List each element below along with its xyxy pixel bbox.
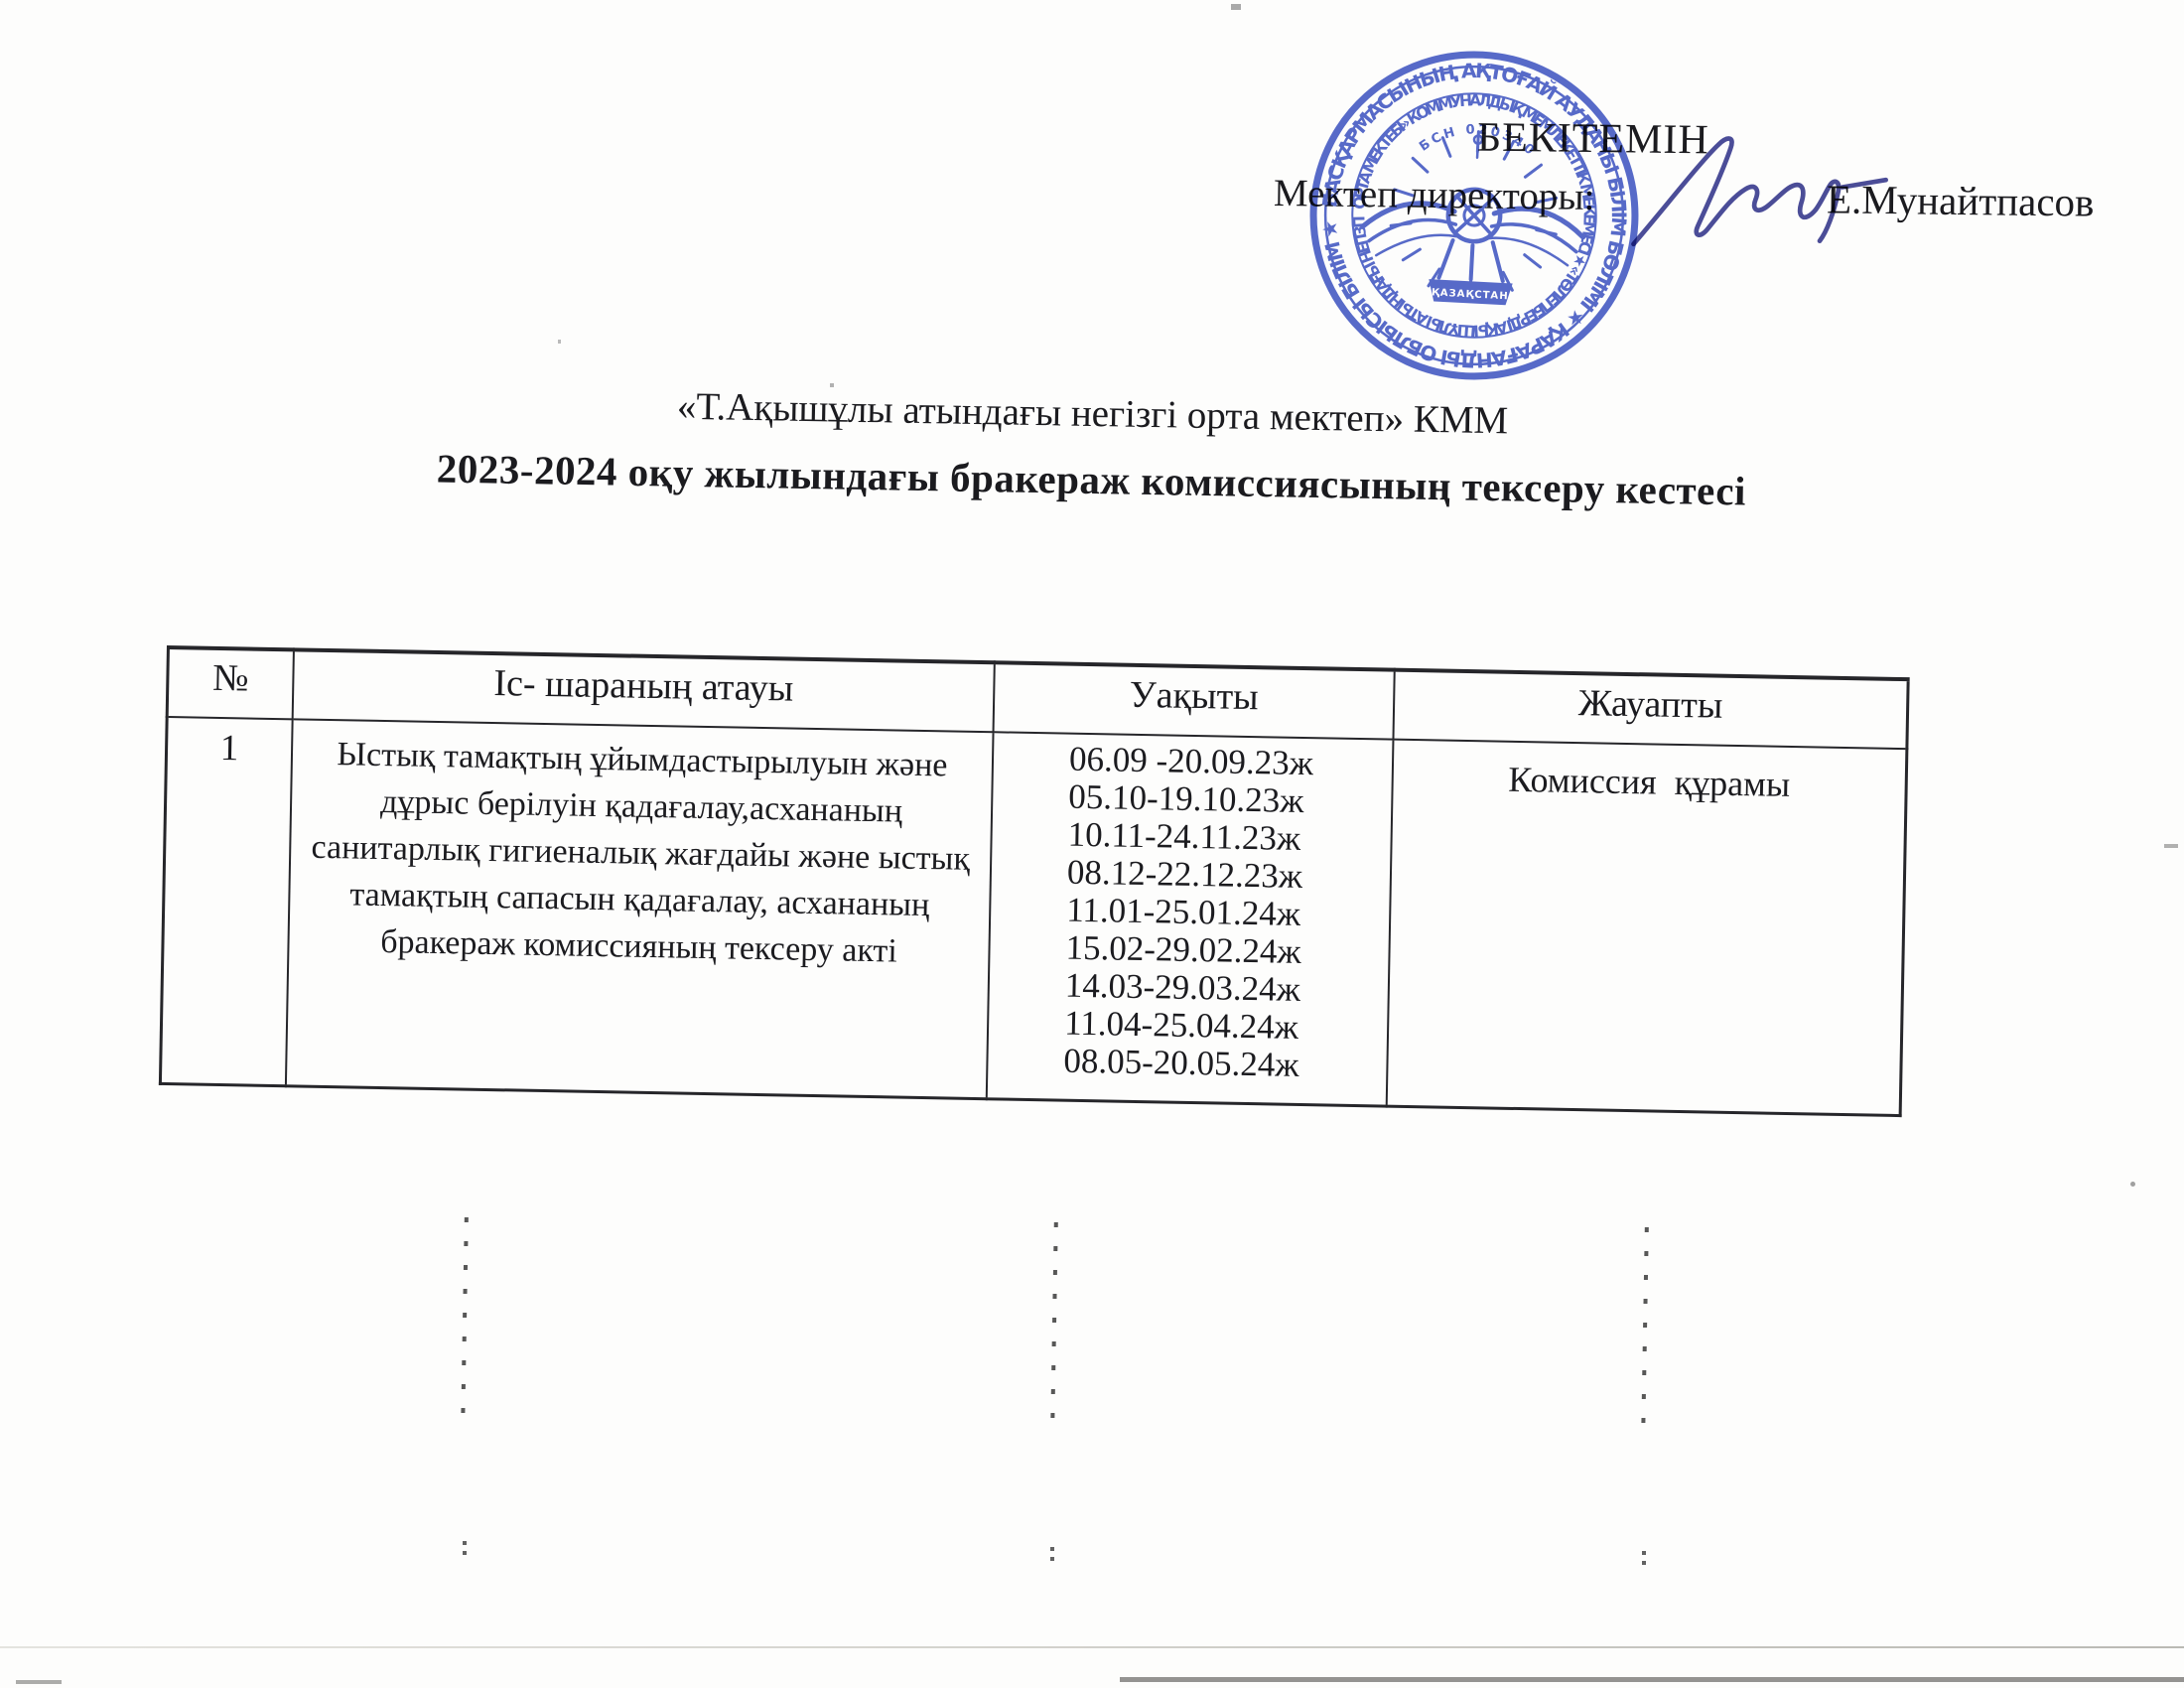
schedule-title: 2023-2024 оқу жылындағы бракераж комисси… — [0, 437, 2184, 522]
row-responsible-cell: Комиссия құрамы — [1387, 740, 1907, 1116]
scan-artifact — [461, 1217, 469, 1428]
row-number-cell: 1 — [160, 717, 292, 1086]
school-stamp-icon: БАСҚАРМАСЫНЫҢ АҚТОҒАЙ АУДАНЫ БІЛІМ БӨЛІМ… — [1296, 37, 1652, 393]
scan-artifact — [1642, 1551, 1646, 1566]
scan-artifact — [1050, 1547, 1054, 1562]
title-block: «Т.Ақышұлы атындағы негізгі орта мектеп»… — [0, 372, 2184, 522]
row-dates-cell: 06.09 -20.09.23ж 05.10-19.10.23ж 10.11-2… — [987, 732, 1394, 1106]
scan-artifact — [558, 340, 561, 344]
emblem-icon — [1360, 126, 1588, 309]
scan-fold-line — [0, 1646, 2184, 1648]
table-row: 1 Ыстық тамақтың ұйымдастырылуын және дұ… — [160, 717, 1906, 1116]
header-time: Уақыты — [994, 662, 1395, 739]
scan-edge-shadow — [16, 1680, 62, 1684]
scan-artifact — [2164, 844, 2178, 848]
date-range: 08.05-20.05.24ж — [1063, 1043, 1387, 1086]
schedule-table: № Іс- шараның атауы Уақыты Жауапты 1 Ыст… — [159, 645, 1910, 1117]
row-activity-cell: Ыстық тамақтың ұйымдастырылуын және дұры… — [286, 719, 994, 1098]
scan-edge-shadow — [1120, 1677, 2184, 1682]
header-activity: Іс- шараның атауы — [293, 649, 995, 732]
scan-artifact — [1231, 4, 1241, 10]
schedule-table-wrapper: № Іс- шараның атауы Уақыты Жауапты 1 Ыст… — [159, 645, 1890, 1117]
scan-artifact — [1641, 1227, 1649, 1436]
scan-artifact — [1050, 1222, 1058, 1427]
director-signature — [1616, 125, 1899, 249]
header-number: № — [167, 647, 294, 719]
scan-artifact — [2130, 1182, 2135, 1187]
scan-artifact — [463, 1541, 467, 1556]
header-responsible: Жауапты — [1393, 670, 1908, 749]
document-page: БЕКІТЕМІН Мектеп директоры: Е.Мунайтпасо… — [0, 0, 2184, 1688]
